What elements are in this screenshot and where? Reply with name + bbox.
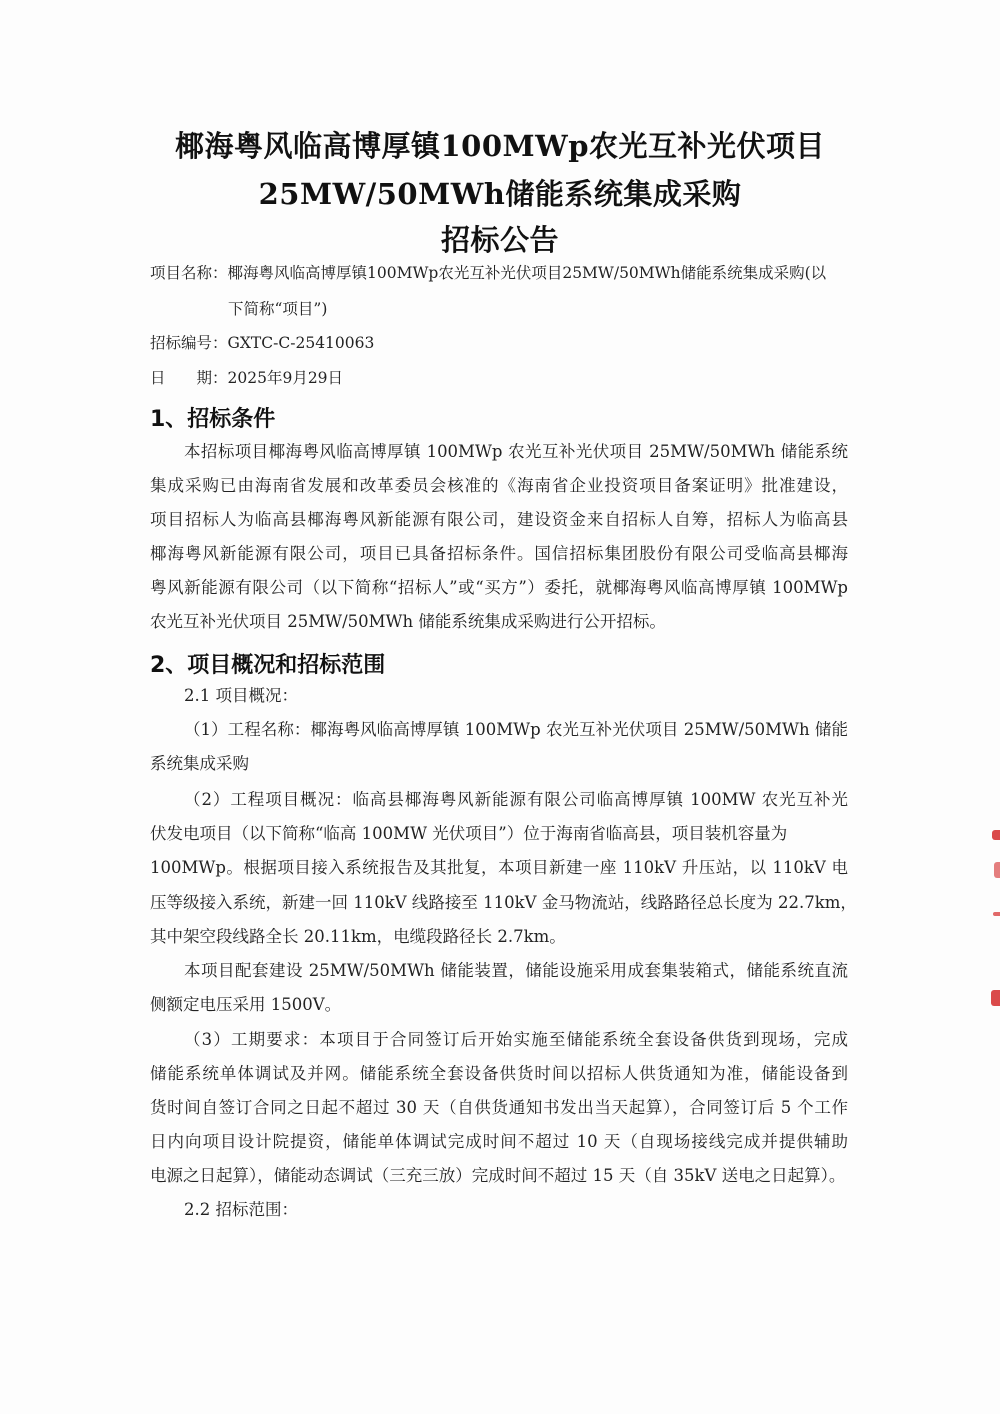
- subsection-2-2-heading: 2.2 招标范围：: [184, 1200, 298, 1220]
- section-1-line: 粤风新能源有限公司（以下简称“招标人”或“买方”）委托，就椰海粤风临高博厚镇 1…: [150, 578, 848, 598]
- item-3-line: 货时间自签订合同之日起不超过 30 天（自供货通知书发出当天起算），合同签订后 …: [150, 1098, 848, 1118]
- section-1-line: 集成采购已由海南省发展和改革委员会核准的《海南省企业投资项目备案证明》批准建设，: [150, 476, 848, 496]
- section-1-line: 本招标项目椰海粤风临高博厚镇 100MWp 农光互补光伏项目 25MW/50MW…: [184, 442, 848, 462]
- tender-number-row: 招标编号：GXTC-C-25410063: [150, 333, 374, 353]
- document-page: 椰海粤风临高博厚镇100MWp农光互补光伏项目 25MW/50MWh储能系统集成…: [0, 0, 1000, 1414]
- item-3-line: 日内向项目设计院提资，储能单体调试完成时间不超过 10 天（自现场接线完成并提供…: [150, 1132, 848, 1152]
- section-2-heading: 2、项目概况和招标范围: [150, 648, 385, 679]
- document-title-line-1: 椰海粤风临高博厚镇100MWp农光互补光伏项目: [0, 124, 1000, 165]
- item-3-line: 电源之日起算），储能动态调试（三充三放）完成时间不超过 15 天（自 35kV …: [150, 1166, 845, 1186]
- item-2-line: （2）工程项目概况：临高县椰海粤风新能源有限公司临高博厚镇 100MW 农光互补…: [184, 790, 848, 810]
- date-label: 日 期：: [150, 369, 228, 387]
- storage-line: 侧额定电压采用 1500V。: [150, 995, 341, 1015]
- seal-mark: [993, 912, 1000, 916]
- item-1-line: （1）工程名称：椰海粤风临高博厚镇 100MWp 农光互补光伏项目 25MW/5…: [184, 720, 848, 740]
- seal-mark: [991, 990, 1000, 1006]
- seal-mark: [994, 862, 1000, 878]
- tender-number-value: GXTC-C-25410063: [228, 334, 375, 352]
- item-3-line: 储能系统单体调试及并网。储能系统全套设备供货时间以招标人供货通知为准，储能设备到: [150, 1064, 848, 1084]
- item-2-line: 伏发电项目（以下简称“临高 100MW 光伏项目”）位于海南省临高县，项目装机容…: [150, 824, 787, 844]
- document-title-line-2: 25MW/50MWh储能系统集成采购: [0, 172, 1000, 213]
- item-2-line: 压等级接入系统，新建一回 110kV 线路接至 110kV 金马物流站，线路路径…: [150, 893, 848, 913]
- project-name-continuation: 下简称“项目”): [228, 299, 327, 319]
- storage-line: 本项目配套建设 25MW/50MWh 储能装置，储能设施采用成套集装箱式，储能系…: [184, 961, 848, 981]
- section-1-line: 椰海粤风新能源有限公司，项目已具备招标条件。国信招标集团股份有限公司受临高县椰海: [150, 544, 848, 564]
- project-name-row: 项目名称：椰海粤风临高博厚镇100MWp农光互补光伏项目25MW/50MWh储能…: [150, 263, 826, 283]
- section-1-heading: 1、招标条件: [150, 402, 275, 433]
- project-name-label: 项目名称：: [150, 264, 228, 282]
- section-1-line: 项目招标人为临高县椰海粤风新能源有限公司，建设资金来自招标人自筹，招标人为临高县: [150, 510, 848, 530]
- item-2-line: 其中架空段线路全长 20.11km，电缆段路径长 2.7km。: [150, 927, 566, 947]
- tender-number-label: 招标编号：: [150, 334, 228, 352]
- date-value: 2025年9月29日: [228, 369, 344, 387]
- project-name-value: 椰海粤风临高博厚镇100MWp农光互补光伏项目25MW/50MWh储能系统集成采…: [228, 264, 827, 282]
- date-row: 日 期：2025年9月29日: [150, 368, 343, 388]
- item-2-line: 100MWp。根据项目接入系统报告及其批复，本项目新建一座 110kV 升压站，…: [150, 858, 848, 878]
- subsection-2-1-heading: 2.1 项目概况：: [184, 686, 298, 706]
- item-1-line: 系统集成采购: [150, 754, 249, 774]
- section-1-line: 农光互补光伏项目 25MW/50MWh 储能系统集成采购进行公开招标。: [150, 612, 666, 632]
- item-3-line: （3）工期要求：本项目于合同签订后开始实施至储能系统全套设备供货到现场，完成: [184, 1030, 848, 1050]
- seal-mark: [992, 830, 1000, 840]
- document-title-line-3: 招标公告: [0, 218, 1000, 259]
